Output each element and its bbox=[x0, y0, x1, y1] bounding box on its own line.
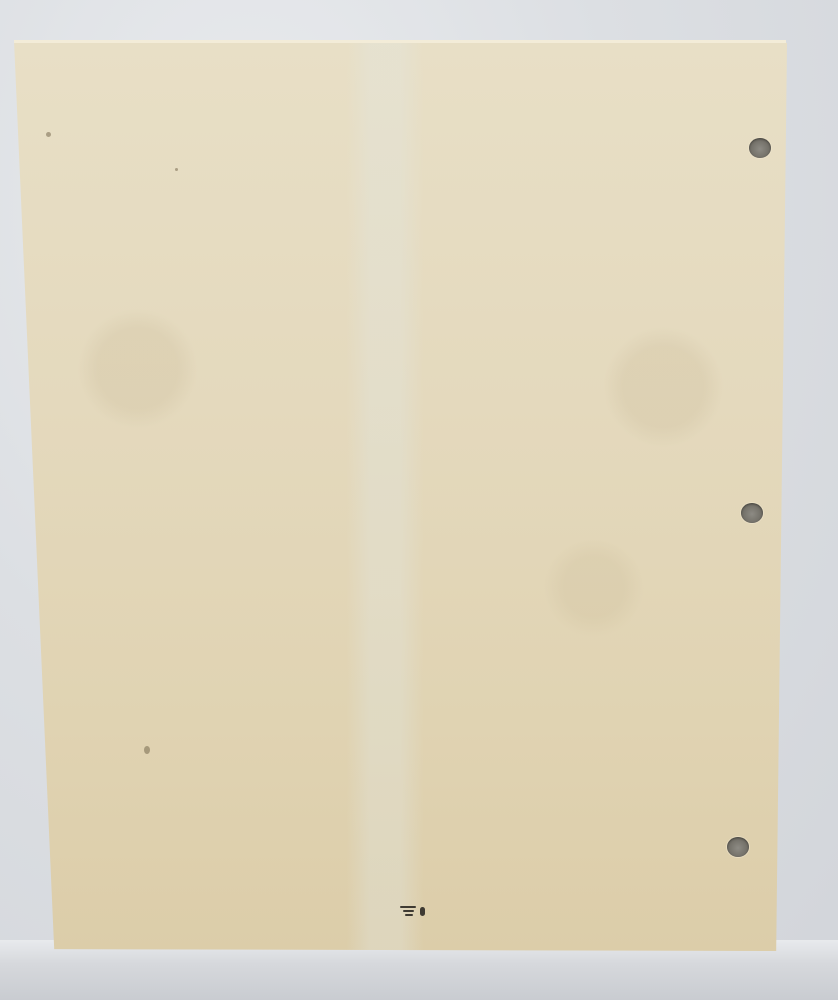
paper-top-edge bbox=[14, 40, 786, 43]
paper-spot bbox=[144, 746, 150, 754]
punch-hole-bottom bbox=[727, 837, 749, 857]
paper-spot bbox=[46, 132, 51, 137]
paper-sheet bbox=[14, 41, 787, 951]
stamp-mark bbox=[400, 904, 430, 918]
punch-hole-middle bbox=[741, 503, 763, 523]
paper-spot bbox=[175, 168, 178, 171]
punch-hole-top bbox=[749, 138, 771, 158]
